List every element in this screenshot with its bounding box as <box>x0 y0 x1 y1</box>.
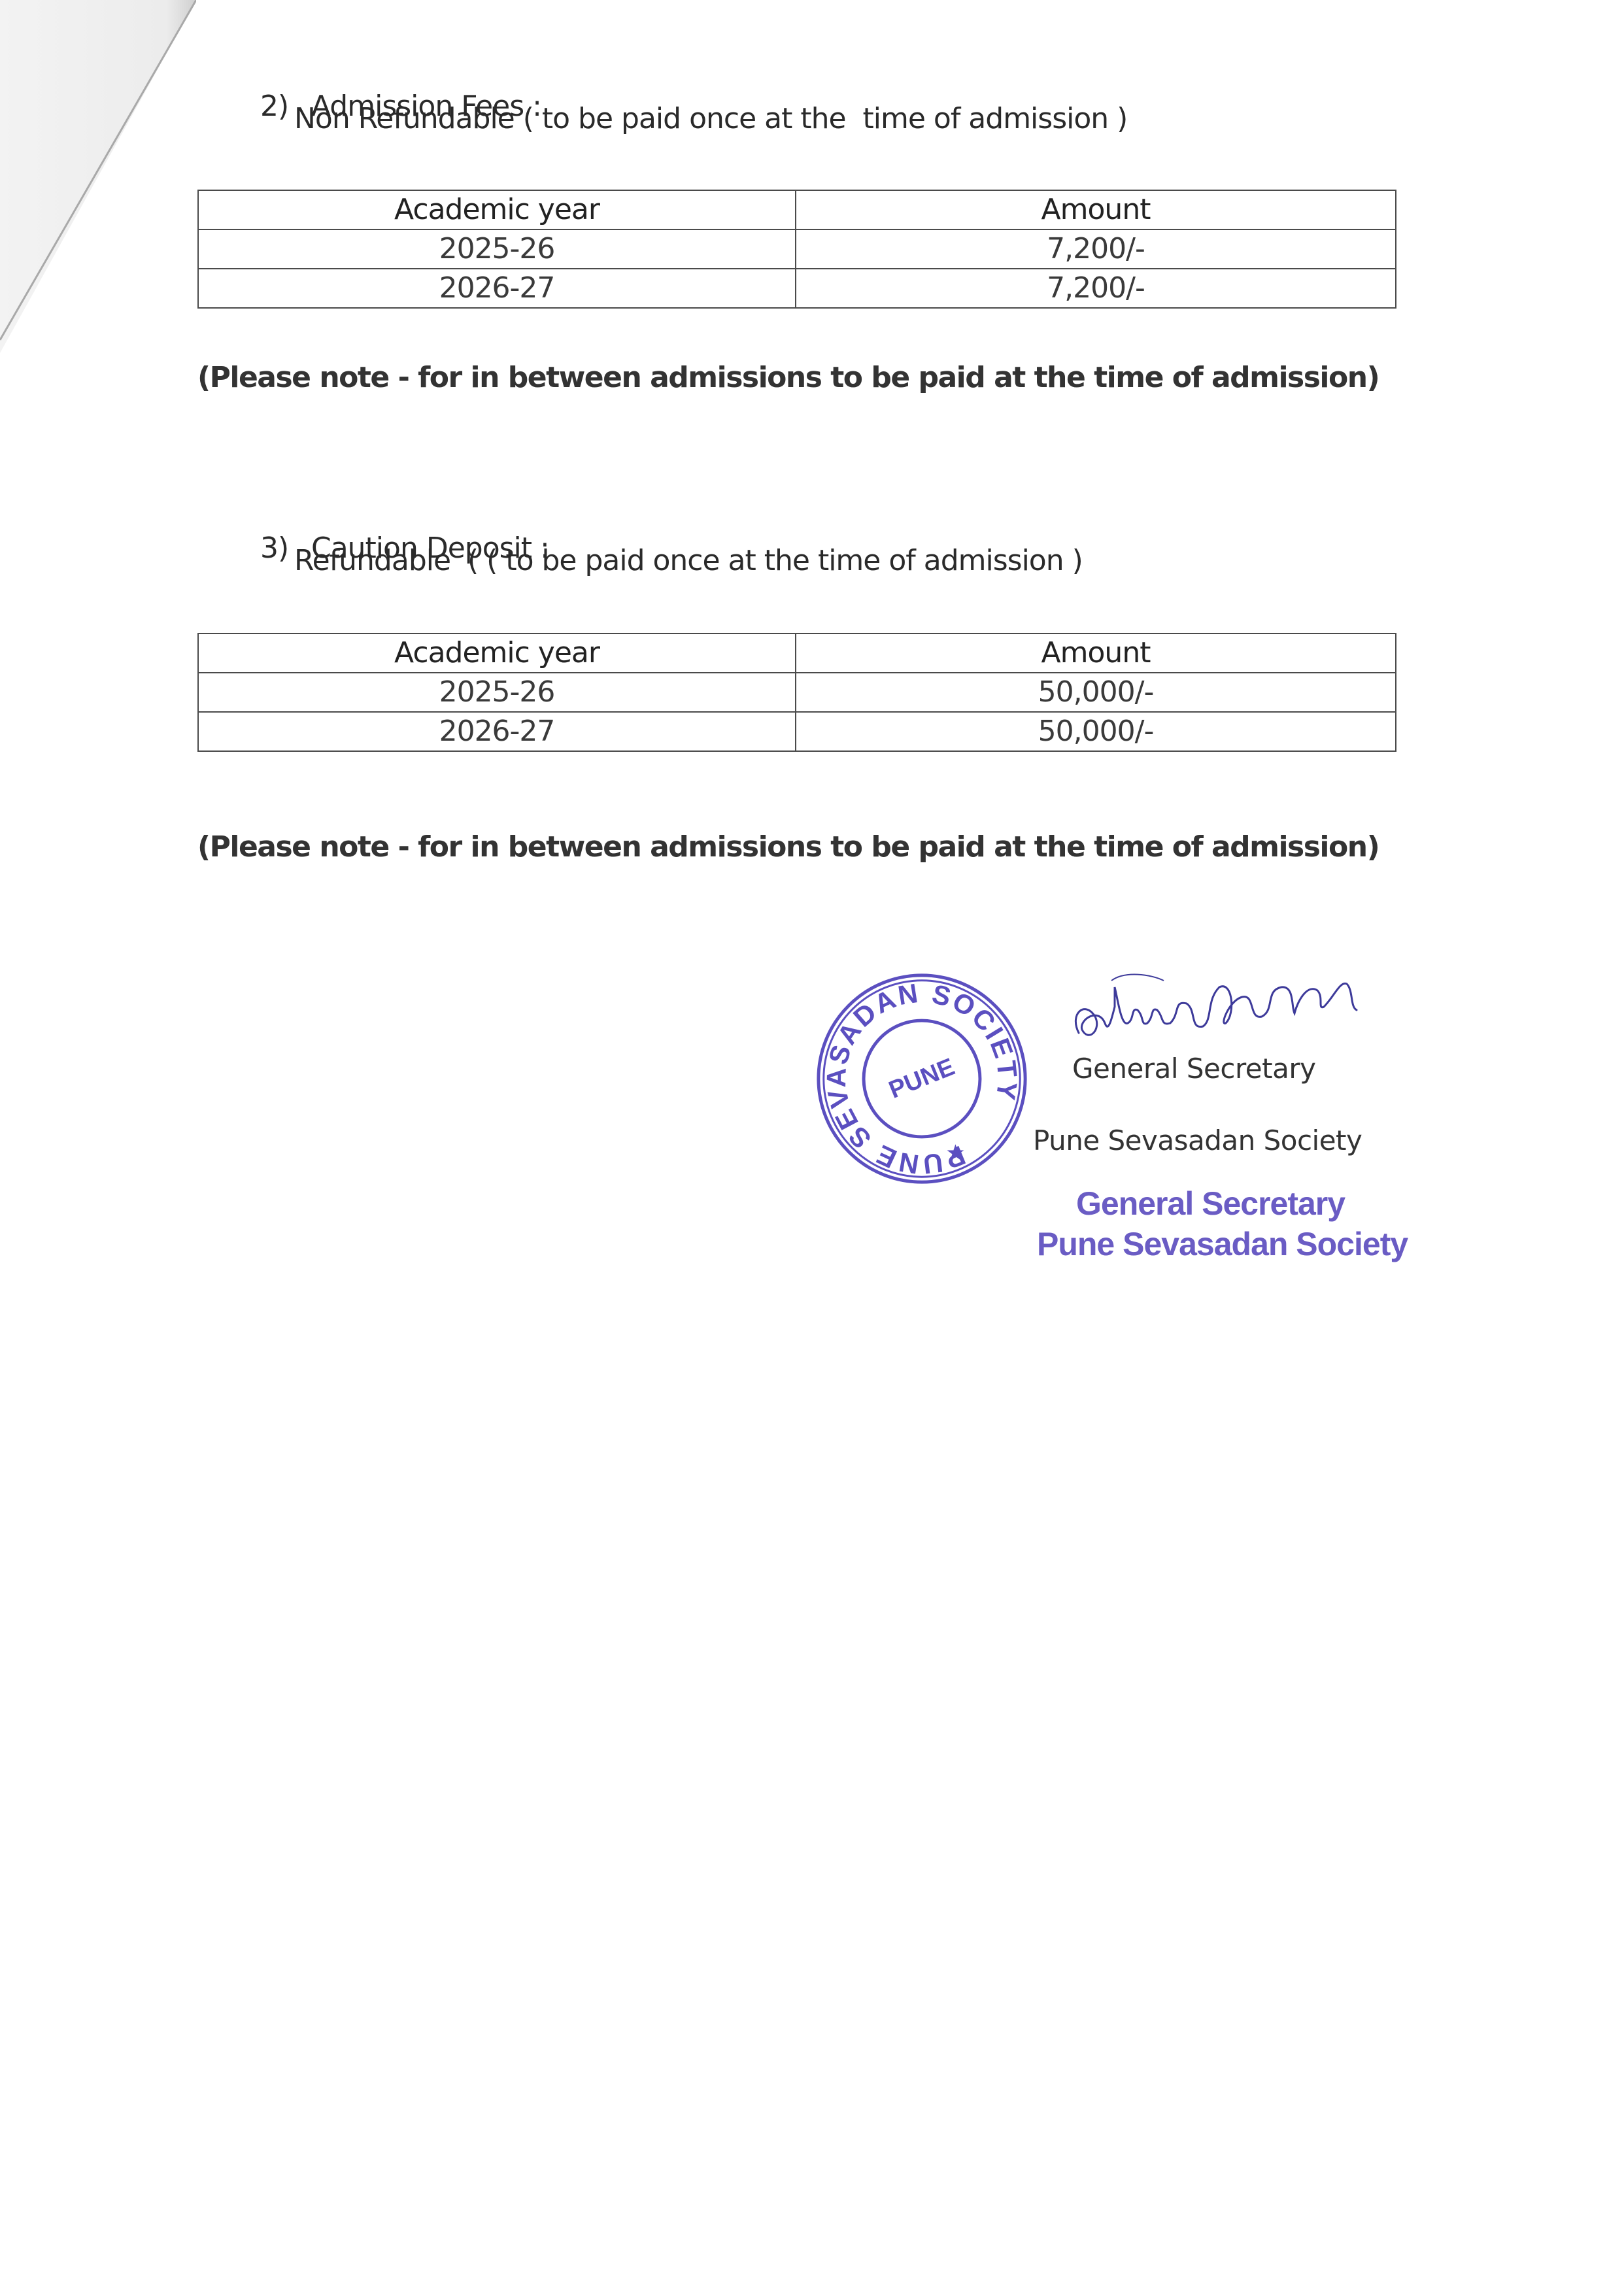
column-header-amount: Amount <box>796 190 1396 229</box>
column-header-academic-year: Academic year <box>198 190 796 229</box>
table-row: 2026-27 50,000/- <box>198 712 1396 751</box>
caution-deposit-note: (Please note - for in between admissions… <box>197 830 1379 864</box>
admission-fees-note: (Please note - for in between admissions… <box>197 361 1379 394</box>
stamp-center-text: PUNE <box>885 1053 958 1104</box>
signatory-title: General Secretary <box>1072 1053 1315 1085</box>
table-row: 2026-27 7,200/- <box>198 269 1396 308</box>
amount-cell: 50,000/- <box>796 673 1396 712</box>
society-seal-stamp: PUNE SEVASADAN SOCIETY PUNE ★ <box>812 969 1032 1189</box>
amount-cell: 7,200/- <box>796 269 1396 308</box>
amount-cell: 50,000/- <box>796 712 1396 751</box>
table-row: 2025-26 50,000/- <box>198 673 1396 712</box>
caution-deposit-table: Academic year Amount 2025-26 50,000/- 20… <box>197 633 1396 752</box>
column-header-amount: Amount <box>796 633 1396 673</box>
academic-year-cell: 2026-27 <box>198 712 796 751</box>
academic-year-cell: 2026-27 <box>198 269 796 308</box>
table-row: 2025-26 7,200/- <box>198 229 1396 269</box>
table-header-row: Academic year Amount <box>198 633 1396 673</box>
academic-year-cell: 2025-26 <box>198 673 796 712</box>
rubber-stamp-title: General Secretary <box>1076 1185 1345 1223</box>
section-subtitle: Non Refundable ( to be paid once at the … <box>294 102 1127 135</box>
signatory-organization: Pune Sevasadan Society <box>1033 1124 1362 1156</box>
star-icon: ★ <box>945 1140 965 1166</box>
rubber-stamp-organization: Pune Sevasadan Society <box>1037 1225 1408 1263</box>
amount-cell: 7,200/- <box>796 229 1396 269</box>
academic-year-cell: 2025-26 <box>198 229 796 269</box>
table-header-row: Academic year Amount <box>198 190 1396 229</box>
column-header-academic-year: Academic year <box>198 633 796 673</box>
admission-fees-table: Academic year Amount 2025-26 7,200/- 202… <box>197 190 1396 309</box>
section-subtitle: Refundable ( ( to be paid once at the ti… <box>294 544 1083 577</box>
folded-corner <box>0 0 196 353</box>
handwritten-signature <box>1066 961 1366 1059</box>
